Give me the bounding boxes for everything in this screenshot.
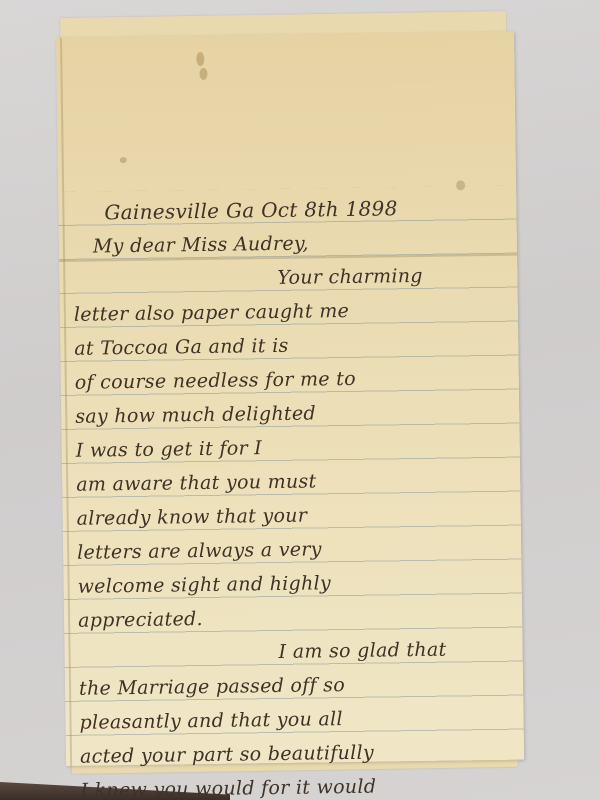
stain: [120, 157, 127, 163]
text-line: I knew you would for it would: [80, 764, 514, 800]
stain: [196, 52, 204, 66]
letter-text: Gainesville Ga Oct 8th 1898 My dear Miss…: [72, 186, 515, 800]
letter-page: Gainesville Ga Oct 8th 1898 My dear Miss…: [56, 32, 524, 766]
stain: [199, 68, 207, 80]
place-date: Gainesville Ga Oct 8th 1898: [104, 196, 398, 224]
salutation: My dear Miss Audrey,: [93, 232, 309, 257]
